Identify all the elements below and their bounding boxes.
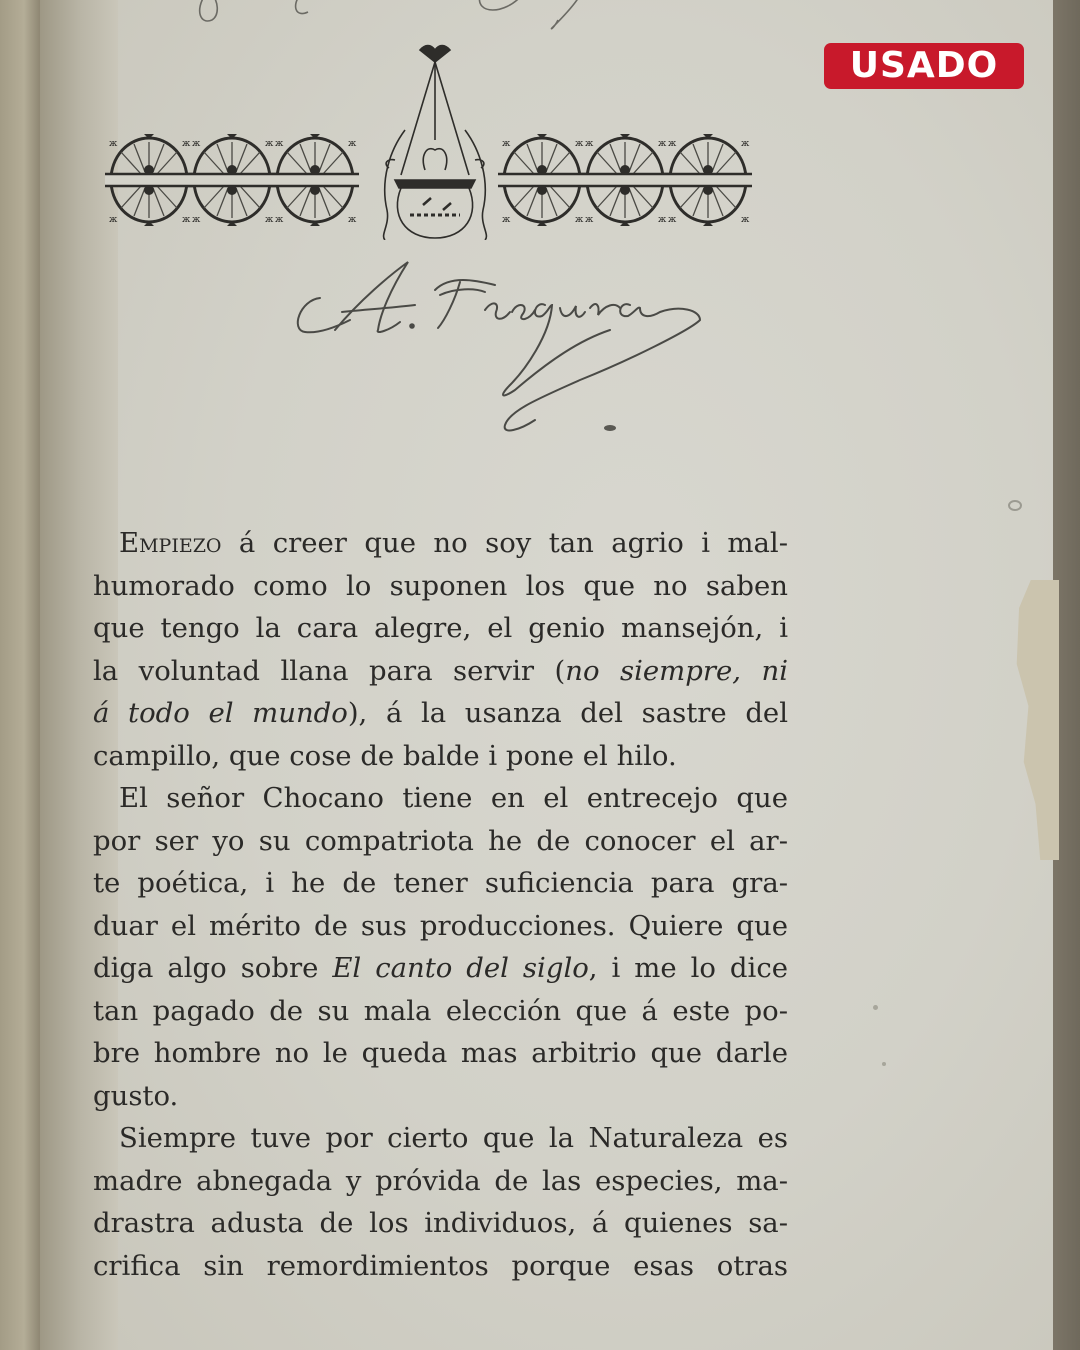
text-span: gusto. bbox=[93, 1080, 178, 1112]
text-span: tan pagado de su mala elección que á est… bbox=[93, 995, 788, 1027]
text-line: El señor Chocano tiene en el entrecejo q… bbox=[93, 777, 788, 820]
paragraph-1: Empiezo á creer que no soy tan agrio i m… bbox=[93, 522, 788, 777]
ornament-header: ж ж ж ж bbox=[105, 40, 775, 240]
paper-spot bbox=[873, 1005, 878, 1010]
text-span: que tengo la cara alegre, el genio manse… bbox=[93, 612, 788, 644]
italic-span: no siempre, ni bbox=[565, 655, 788, 687]
text-span: ), á la usanza del sastre del bbox=[348, 697, 788, 729]
text-line: la voluntad llana para servir (no siempr… bbox=[93, 650, 788, 693]
text-line: duar el mérito de sus producciones. Quie… bbox=[93, 905, 788, 948]
text-span: Siempre tuve por cierto que la Naturalez… bbox=[119, 1122, 788, 1154]
text-span: bre hombre no le queda mas arbitrio que … bbox=[93, 1037, 788, 1069]
text-line: que tengo la cara alegre, el genio manse… bbox=[93, 607, 788, 650]
top-handwriting-fragment bbox=[150, 0, 650, 30]
text-span: crifica sin remordimientos porque esas o… bbox=[93, 1250, 788, 1282]
text-line: gusto. bbox=[93, 1075, 788, 1118]
text-span: á creer que no soy tan agrio i mal- bbox=[221, 527, 788, 559]
text-line: humorado como lo suponen los que no sabe… bbox=[93, 565, 788, 608]
text-line: te poética, i he de tener suficiencia pa… bbox=[93, 862, 788, 905]
text-span: drastra adusta de los individuos, á quie… bbox=[93, 1207, 788, 1239]
paragraph-3: Siempre tuve por cierto que la Naturalez… bbox=[93, 1117, 788, 1287]
text-span: humorado como lo suponen los que no sabe… bbox=[93, 570, 788, 602]
book-spine bbox=[0, 0, 40, 1350]
text-line: por ser yo su compatriota he de conocer … bbox=[93, 820, 788, 863]
text-span: diga algo sobre bbox=[93, 952, 332, 984]
text-line: drastra adusta de los individuos, á quie… bbox=[93, 1202, 788, 1245]
text-span: El señor Chocano tiene en el entrecejo q… bbox=[119, 782, 788, 814]
text-span: , i me lo dice bbox=[589, 952, 788, 984]
text-line: diga algo sobre El canto del siglo, i me… bbox=[93, 947, 788, 990]
signature-a-vergara: A. Vergara bbox=[280, 250, 720, 450]
text-span: la voluntad llana para servir ( bbox=[93, 655, 565, 687]
text-line: Siempre tuve por cierto que la Naturalez… bbox=[93, 1117, 788, 1160]
text-span: por ser yo su compatriota he de conocer … bbox=[93, 825, 788, 857]
text-span: madre abnegada y próvida de las especies… bbox=[93, 1165, 788, 1197]
text-line: madre abnegada y próvida de las especies… bbox=[93, 1160, 788, 1203]
text-span: te poética, i he de tener suficiencia pa… bbox=[93, 867, 788, 899]
paper-spot bbox=[1008, 500, 1022, 511]
italic-book-title: El canto del siglo bbox=[332, 952, 588, 984]
text-span: duar el mérito de sus producciones. Quie… bbox=[93, 910, 788, 942]
text-span: campillo, que cose de balde i pone el hi… bbox=[93, 740, 677, 772]
text-line: Empiezo á creer que no soy tan agrio i m… bbox=[93, 522, 788, 565]
text-line: campillo, que cose de balde i pone el hi… bbox=[93, 735, 788, 778]
text-line: á todo el mundo), á la usanza del sastre… bbox=[93, 692, 788, 735]
used-badge: USADO bbox=[824, 43, 1024, 89]
italic-span: á todo el mundo bbox=[93, 697, 348, 729]
paper-spot bbox=[882, 1062, 886, 1066]
page-body-text: Empiezo á creer que no soy tan agrio i m… bbox=[93, 522, 788, 1287]
text-line: crifica sin remordimientos porque esas o… bbox=[93, 1245, 788, 1288]
text-line: tan pagado de su mala elección que á est… bbox=[93, 990, 788, 1033]
text-line: bre hombre no le queda mas arbitrio que … bbox=[93, 1032, 788, 1075]
small-caps-opening-word: Empiezo bbox=[119, 527, 221, 559]
paragraph-2: El señor Chocano tiene en el entrecejo q… bbox=[93, 777, 788, 1117]
